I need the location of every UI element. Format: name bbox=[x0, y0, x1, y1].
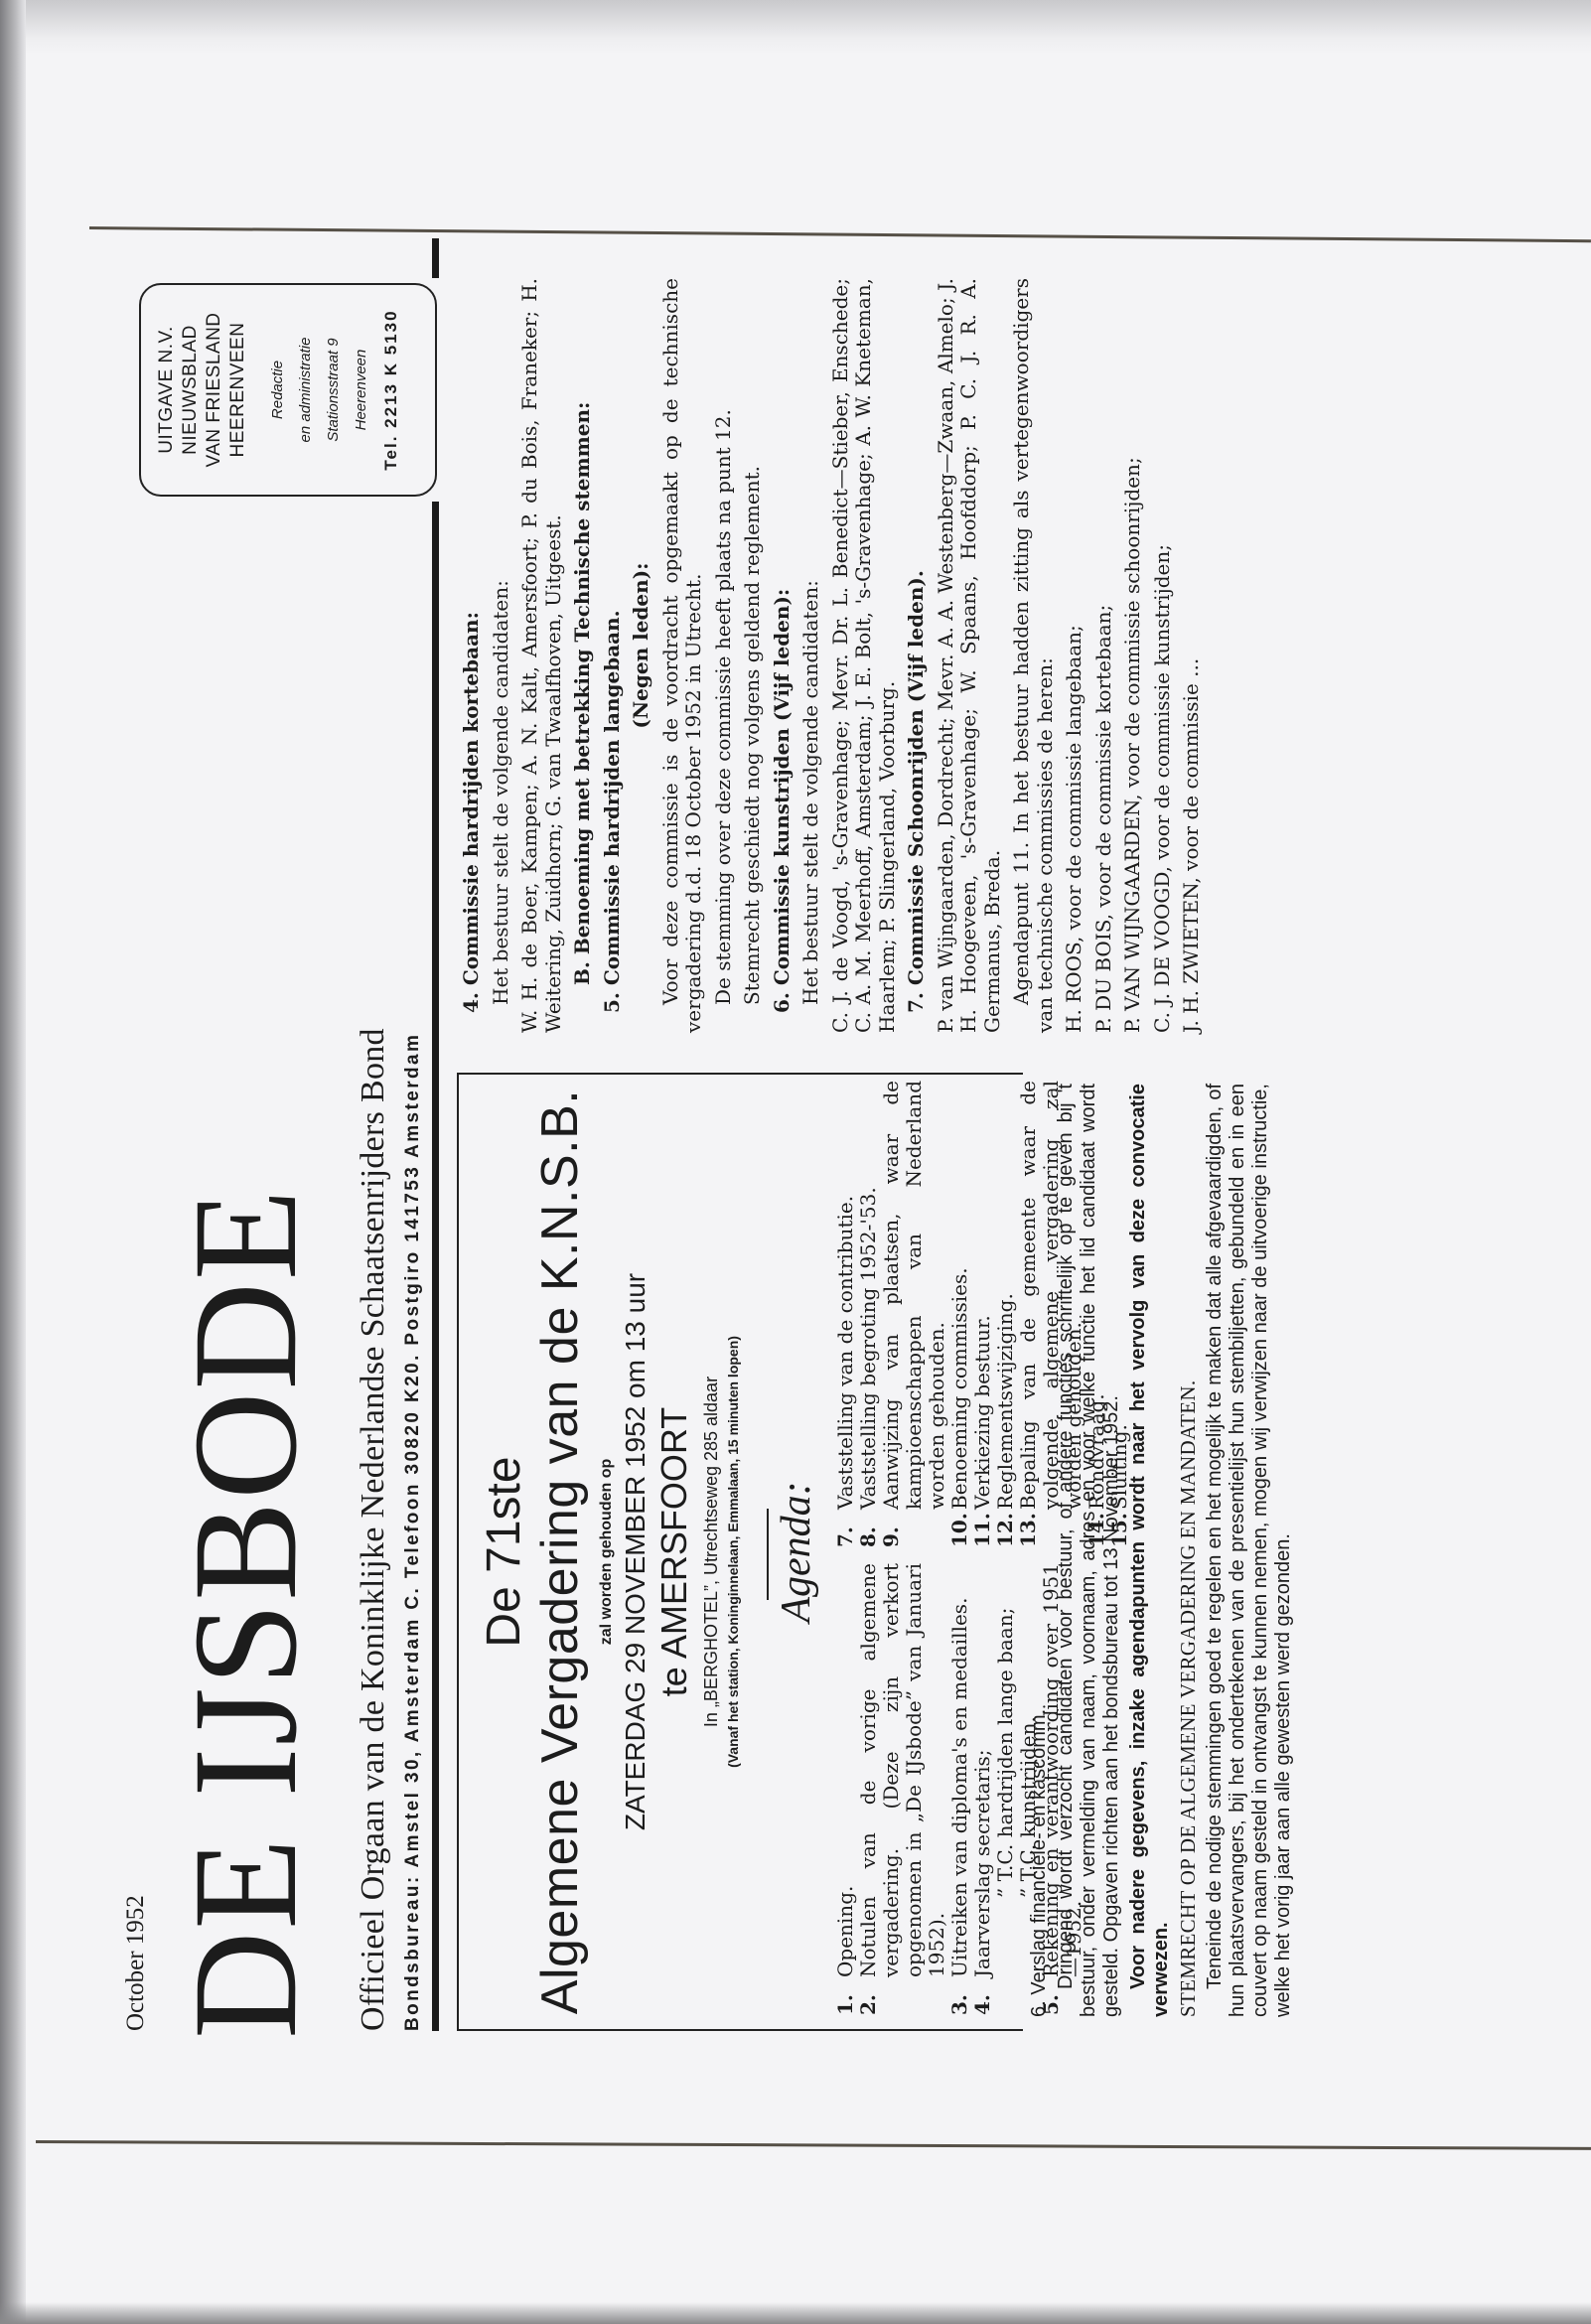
section-5-title: 5. Commissie hardrijden langebaan. bbox=[601, 278, 625, 1033]
meeting-date: ZATERDAG 29 NOVEMBER 1952 om 13 uur bbox=[620, 1075, 651, 2029]
walking-directions: (Vanaf het station, Koninginnelaan, Emma… bbox=[725, 1075, 741, 2029]
scan-bottom-shadow bbox=[0, 2302, 1591, 2324]
representative: H. ROOS, voor de commissie langebaan; bbox=[1063, 278, 1086, 1033]
committee-column: 4. Commissie hardrijden kortebaan: Het b… bbox=[460, 278, 1210, 1033]
section-5-subtitle: (Negen leden): bbox=[630, 278, 653, 1033]
section-6-candidates: C. J. de Voogd, 's-Gravenhage; Mevr. Dr.… bbox=[829, 278, 900, 1033]
convocation-body: 6. Verslag financiële- en kascomm. Dring… bbox=[1028, 1084, 1299, 2017]
section-5-text-1: Voor deze commissie is de voordracht opg… bbox=[659, 278, 706, 1033]
agenda-item: 12.Reglementswijziging. bbox=[994, 1081, 1017, 1547]
meeting-venue: In „BERGHOTEL”, Utrechtseweg 285 aldaar bbox=[701, 1075, 722, 2029]
meeting-place: te AMERSFOORT bbox=[653, 1075, 695, 2029]
section-6-intro: Het bestuur stelt de volgende candidaten… bbox=[799, 278, 823, 1033]
agenda-item: 11.Verkiezing bestuur. bbox=[971, 1081, 994, 1547]
agenda-item: 10.Benoeming commissies. bbox=[948, 1081, 971, 1547]
newspaper-page: October 1952 DE IJSBODE Officieel Orgaan… bbox=[84, 243, 1505, 2031]
section-4-intro: Het bestuur stelt de volgende candidaten… bbox=[490, 278, 513, 1033]
newspaper-title: DE IJSBODE bbox=[176, 1187, 315, 2039]
agenda-item: 1.Opening. bbox=[834, 1563, 857, 2015]
publisher-street: Stationsstraat 9 bbox=[320, 285, 348, 495]
agenda-item: 3.Uitreiken van diploma's en medailles. bbox=[948, 1563, 971, 2015]
announcement-subheading: Algemene Vergadering van de K.N.S.B. bbox=[530, 1075, 590, 2029]
newspaper-subtitle: Officieel Orgaan van de Koninklijke Nede… bbox=[355, 1028, 392, 2031]
page-edge-line-top bbox=[89, 226, 1591, 242]
section-7-title: 7. Commissie Schoonrijden (Vijf leden). bbox=[905, 278, 929, 1033]
section-7-candidates: P. van Wijngaarden, Dordrecht; Mevr. A. … bbox=[935, 278, 1005, 1033]
representative: P. VAN WIJNGAARDEN, voor de commissie sc… bbox=[1121, 278, 1145, 1033]
redactie-label: Redactie bbox=[264, 285, 292, 495]
section-5-text-2: De stemming over deze commissie heeft pl… bbox=[712, 278, 736, 1033]
masthead: October 1952 DE IJSBODE Officieel Orgaan… bbox=[84, 243, 427, 2031]
representative: C. J. DE VOOGD, voor de commissie kunstr… bbox=[1151, 278, 1175, 1033]
representative: J. H. ZWIETEN, voor de commissie ... bbox=[1180, 278, 1204, 1033]
agenda-item-6: 6. Verslag financiële- en kascomm. bbox=[1028, 1084, 1051, 2017]
agenda-title: Agenda: bbox=[773, 1075, 820, 2029]
agenda-item: 9.Aanwijzing van plaatsen, waar de kampi… bbox=[880, 1081, 948, 1547]
issue-date: October 1952 bbox=[122, 1895, 150, 2031]
page-edge-line-bottom bbox=[36, 2140, 1591, 2150]
candidates-request: Dringend wordt verzocht candidaten voor … bbox=[1055, 1084, 1123, 2017]
scan-top-shadow bbox=[26, 0, 1591, 55]
section-4-candidates: W. H. de Boer, Kampen; A. N. Kalt, Amers… bbox=[518, 278, 565, 1033]
agenda-item: 4.Jaarverslag secretaris; bbox=[971, 1563, 994, 2015]
further-info-note: Voor nadere gegevens, inzake agendapunte… bbox=[1127, 1084, 1173, 2017]
representative: P. DU BOIS, voor de commissie kortebaan; bbox=[1092, 278, 1116, 1033]
agenda-subitem: ” T.C. hardrijden lange baan; bbox=[994, 1563, 1017, 2015]
publisher-box: UITGAVE N.V. NIEUWSBLAD VAN FRIESLAND HE… bbox=[139, 283, 437, 497]
agenda-item: 2.Notulen van de vorige algemene vergade… bbox=[857, 1563, 948, 2015]
section-5-text-3: Stemrecht geschiedt nog volgens geldend … bbox=[741, 278, 765, 1033]
announcement-heading: De 71ste bbox=[477, 1075, 531, 2029]
meeting-announcement: De 71ste Algemene Vergadering van de K.N… bbox=[457, 1073, 1023, 2031]
publisher-telephone: Tel. 2213 K 5130 bbox=[381, 285, 401, 495]
separator-rule bbox=[767, 1509, 769, 1600]
masthead-rule-right bbox=[432, 238, 439, 278]
voting-rights-heading: STEMRECHT OP DE ALGEMENE VERGADERING EN … bbox=[1177, 1084, 1200, 2017]
bondsbureau-contact: Bondsbureau: Amstel 30, Amsterdam C. Tel… bbox=[402, 1033, 424, 2031]
agenda-item: 7.Vaststelling van de contributie. bbox=[834, 1081, 857, 1547]
scan-binding-shadow bbox=[0, 0, 26, 2324]
publisher-city: Heerenveen bbox=[348, 285, 375, 495]
section-4-title: 4. Commissie hardrijden kortebaan: bbox=[460, 278, 484, 1033]
voting-rights-text: Teneinde de nodige stemmingen goed te re… bbox=[1204, 1084, 1295, 2017]
section-b-title: B. Benoeming met betrekking Technische s… bbox=[571, 278, 595, 1033]
section-6-title: 6. Commissie kunstrijden (Vijf leden): bbox=[771, 278, 795, 1033]
administratie-label: en administratie bbox=[292, 285, 320, 495]
publisher-name: UITGAVE N.V. NIEUWSBLAD VAN FRIESLAND HE… bbox=[155, 285, 250, 495]
agenda-item: 8.Vaststelling begroting 1952-'53. bbox=[857, 1081, 880, 1547]
masthead-rule bbox=[432, 502, 439, 2031]
agendapunt-11: Agendapunt 11. In het bestuur hadden zit… bbox=[1010, 278, 1057, 1033]
announcement-held: zal worden gehouden op bbox=[598, 1075, 616, 2029]
